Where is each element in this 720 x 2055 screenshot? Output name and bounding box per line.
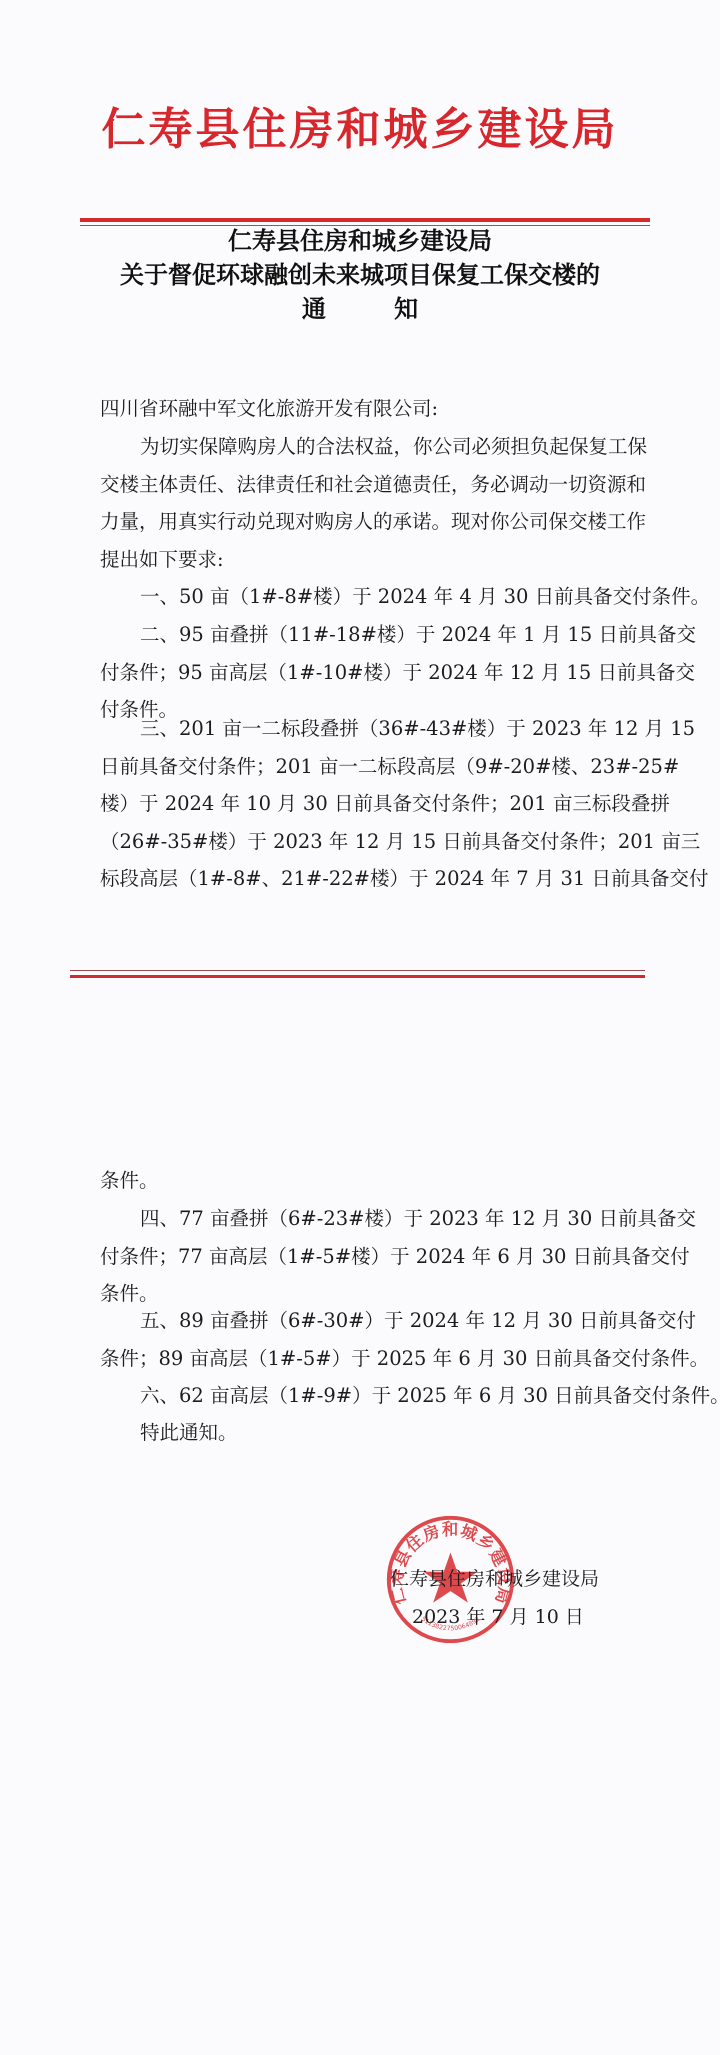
notice-title: 仁寿县住房和城乡建设局 关于督促环球融创未来城项目保复工保交楼的 通 知 [0,224,720,326]
text-line: 四、77 亩叠拼（6#-23#楼）于 2023 年 12 月 30 日前具备交 [100,1200,640,1238]
requirement-item-6: 六、62 亩高层（1#-9#）于 2025 年 6 月 30 日前具备交付条件。 [100,1377,640,1415]
text-line: 为切实保障购房人的合法权益，你公司必须担负起保复工保 [100,428,640,466]
text-line: 三、201 亩一二标段叠拼（36#-43#楼）于 2023 年 12 月 15 [100,710,640,748]
requirement-item-5: 五、89 亩叠拼（6#-30#）于 2024 年 12 月 30 日前具备交付 … [100,1302,640,1377]
title-line-1: 仁寿县住房和城乡建设局 [0,224,720,258]
text-line: 日前具备交付条件；201 亩一二标段高层（9#-20#楼、23#-25# [100,748,640,786]
title-line-3: 通 知 [0,292,720,326]
document-page: 仁寿县住房和城乡建设局 仁寿县住房和城乡建设局 关于督促环球融创未来城项目保复工… [0,0,720,2055]
text-line: 楼）于 2024 年 10 月 30 日前具备交付条件；201 亩三标段叠拼 [100,785,640,823]
page-break-rule-thick [70,975,645,978]
intro-paragraph: 为切实保障购房人的合法权益，你公司必须担负起保复工保 交楼主体责任、法律责任和社… [100,428,640,578]
text-line: 二、95 亩叠拼（11#-18#楼）于 2024 年 1 月 15 日前具备交 [100,616,640,654]
requirement-item-3: 三、201 亩一二标段叠拼（36#-43#楼）于 2023 年 12 月 15 … [100,710,640,898]
text-line: 付条件；95 亩高层（1#-10#楼）于 2024 年 12 月 15 日前具备… [100,654,640,692]
issuer-name: 仁寿县住房和城乡建设局 [390,1560,630,1598]
letterhead-org-name: 仁寿县住房和城乡建设局 [0,100,720,160]
text-line: （26#-35#楼）于 2023 年 12 月 15 日前具备交付条件；201 … [100,823,640,861]
text-line: 五、89 亩叠拼（6#-30#）于 2024 年 12 月 30 日前具备交付 [100,1302,640,1340]
title-line-2: 关于督促环球融创未来城项目保复工保交楼的 [0,258,720,292]
text-line: 付条件；77 亩高层（1#-5#楼）于 2024 年 6 月 30 日前具备交付 [100,1238,640,1276]
page-break-rule-thin [70,970,645,971]
text-line: 六、62 亩高层（1#-9#）于 2025 年 6 月 30 日前具备交付条件。 [100,1377,640,1415]
text-line: 交楼主体责任、法律责任和社会道德责任，务必调动一切资源和 [100,466,640,504]
closing-text: 特此通知。 [100,1414,640,1452]
issue-date: 2023 年 7 月 10 日 [390,1598,630,1636]
requirement-item-4: 四、77 亩叠拼（6#-23#楼）于 2023 年 12 月 30 日前具备交 … [100,1200,640,1313]
addressee-text: 四川省环融中军文化旅游开发有限公司: [100,390,640,428]
text-line: 标段高层（1#-8#、21#-22#楼）于 2024 年 7 月 31 日前具备… [100,860,640,898]
addressee: 四川省环融中军文化旅游开发有限公司: [100,390,640,428]
text-line: 一、50 亩（1#-8#楼）于 2024 年 4 月 30 日前具备交付条件。 [100,578,640,616]
text-line: 条件。 [100,1162,640,1200]
text-line: 力量，用真实行动兑现对购房人的承诺。现对你公司保交楼工作 [100,503,640,541]
requirement-item-1: 一、50 亩（1#-8#楼）于 2024 年 4 月 30 日前具备交付条件。 [100,578,640,616]
letterhead-rule-thick [80,218,650,222]
text-line: 提出如下要求: [100,541,640,579]
text-line: 条件；89 亩高层（1#-5#）于 2025 年 6 月 30 日前具备交付条件… [100,1340,640,1378]
signature-block: 仁寿县住房和城乡建设局 2023 年 7 月 10 日 [390,1560,630,1636]
closing: 特此通知。 [100,1414,640,1452]
requirement-item-3-continued: 条件。 [100,1162,640,1200]
